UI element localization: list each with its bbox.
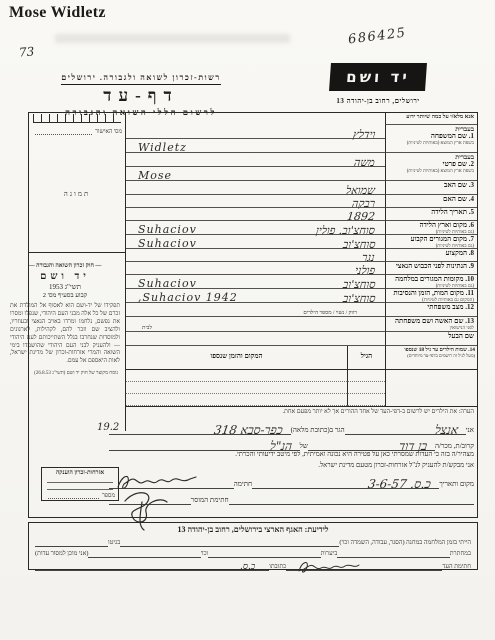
footer-heading: לידיעת: האגף הארצי בירושלים, רחוב בן-יהו… — [35, 525, 471, 536]
value-line: סוחצ'וב. פולין Suhaciov — [126, 221, 385, 235]
field-row-birthdate: 5. תאריך הלידה 1892 — [126, 208, 477, 221]
law-intro: — חוק זכרון השואה והגבורה — — [8, 263, 122, 269]
of-handwriting: הנ"ל — [269, 440, 293, 452]
table-cell — [347, 382, 385, 394]
war-residence-label: 10. מקומות המגורים במלחמה (גם באותיות לט… — [385, 275, 477, 289]
death-place-label: 11. מקום המות, הזמן והנסיבות (המקום גם ב… — [385, 289, 477, 303]
approval-number-row: מס' האישור — [29, 123, 125, 135]
blank-line — [35, 546, 108, 547]
citizenship-number-label: מספר — [102, 493, 115, 499]
deliverer-signature-row: חתימת המוסר — [109, 489, 474, 505]
declarant-address-blank: כפר-סבא 318 — [109, 434, 291, 435]
place-date-handwriting: כ.ס. 3-6-57 — [368, 478, 432, 490]
fields-area: אנא מלא/י על כמה שיותר ידוע בעברית 1. שם… — [126, 113, 477, 407]
stamp-address: ירושלים, רחוב בן-יהודה 13 — [310, 97, 446, 105]
profession-label: 8. המקצוע — [385, 249, 477, 262]
blank-cell — [126, 113, 385, 125]
address-label: הגר ב(כתובת מלאה) — [291, 427, 345, 435]
handwritten-number-right: 686425 — [347, 25, 407, 47]
field-label: 11. מקום המות, הזמן והנסיבות — [388, 290, 474, 298]
footer-witness-row: חתימת העד כתובתו כ.ס. — [35, 558, 471, 571]
value-line: לבית — [126, 317, 385, 332]
column-header-place: המקום והזמן שנספו — [126, 346, 347, 370]
surname-values: וידלץ Widletz — [126, 125, 385, 153]
value-line: רווק / נשוי / מספר הילדים — [126, 303, 385, 317]
table-cell — [126, 370, 347, 382]
value-line: סוחצ'וב Suhaciov — [126, 235, 385, 249]
table-cell — [126, 394, 347, 406]
value-line: Mose — [126, 167, 385, 181]
declarant-name-blank: אנצל — [345, 434, 466, 435]
law-name: יד ושם — [8, 271, 122, 282]
ruler-ticks — [33, 114, 121, 123]
field-row-residence: 7. מקום המגורים הקבוע (גם באותיות לטיניו… — [126, 235, 477, 249]
testify-label: (אני מוכן למסור עדות) — [35, 550, 88, 558]
value-line: פולני — [126, 262, 385, 275]
blank-line — [120, 546, 339, 547]
husband-name-label: שם הבעל — [385, 332, 477, 346]
firstname-label-block: בעברית 2. שם פרטי בשפת ארץ המוצא (באותיו… — [385, 153, 477, 181]
field-row-nationality: 9. הנתינות לפני הכבוש הנאצי פולני — [126, 262, 477, 275]
field-row-wife-name: 13. שם האשה ושם משפחתה לפני הנישואין לבי… — [126, 317, 477, 332]
field-firstname-label: 2. שם פרטי — [388, 161, 474, 169]
blank-line — [88, 557, 200, 558]
field-label: 4. שם האם — [388, 196, 474, 204]
wife-name-label: 13. שם האשה ושם משפחתה לפני הנישואין — [385, 317, 477, 332]
field-row-marital-status: 12. מצב משפחתי רווק / נשוי / מספר הילדים — [126, 303, 477, 317]
value-line: וידלץ — [126, 125, 385, 139]
footer-underground-row: במחתרת ביערות וכו' (אני מוכן למסור עדות) — [35, 547, 471, 558]
witness-signature — [296, 558, 362, 576]
fill-instruction: אנא מלא/י על כמה שיותר ידוע — [385, 113, 477, 125]
field-sublabel: (מעל לגיל זה רושמים בדפי-עד מיוחדים) — [388, 353, 475, 358]
instruction-row: אנא מלא/י על כמה שיותר ידוע — [126, 113, 477, 125]
table-cell — [385, 394, 477, 406]
field-label: שם הבעל — [388, 333, 474, 341]
residence-label: 7. מקום המגורים הקבוע (גם באותיות לטיניו… — [385, 235, 477, 249]
etc-label: וכו' — [201, 550, 208, 558]
marital-hint: רווק / נשוי / מספר הילדים — [303, 310, 357, 316]
field-row-father: 3. שם האב שמואל — [126, 181, 477, 195]
blank-line — [229, 504, 474, 505]
field-row-profession: 8. המקצוע נגר — [126, 249, 477, 262]
blank-line — [47, 483, 113, 490]
latin-sublabel: בשפת ארץ המוצא (באותיות לטיניות) — [388, 141, 474, 146]
field-label: 12. מצב משפחתי — [388, 304, 474, 312]
children-field-label: 14. שמות הילדים עד גיל 18 שנספו (מעל לגי… — [385, 346, 477, 370]
field-sublabel: לפני הנישואין — [388, 326, 474, 331]
declarant-row: אני אנצל הגר ב(כתובת מלאה) כפר-סבא 318 — [109, 419, 474, 435]
field-row-birthplace: 6. מקום וארץ הלידה (גם באותיות לטיניות) … — [126, 221, 477, 235]
field-label: 13. שם האשה ושם משפחתה — [388, 318, 474, 326]
ghetto-label: בגיטו — [108, 539, 120, 547]
declaration-section: אני אנצל הגר ב(כתובת מלאה) כפר-סבא 318 ק… — [109, 419, 474, 505]
witness-address-blank: כ.ס. — [35, 570, 269, 571]
mother-label: 4. שם האם — [385, 195, 477, 208]
stamp-text: יד ושם — [346, 68, 411, 86]
relative-label: קרוב/ת, מכר/ה — [435, 443, 474, 451]
blank-line — [47, 476, 113, 483]
table-cell — [126, 382, 347, 394]
page-title: Mose Widletz — [9, 4, 106, 22]
place-date-row: מקום ותאריך כ.ס. 3-6-57 חתימה — [109, 473, 474, 489]
children-note: הערה: את הילדים יש לרשום ב-דפי-העד של אח… — [93, 408, 474, 415]
war-line-label: הייתי בזמן המלחמה במחנה (הסגר, עבודה, הש… — [339, 539, 471, 547]
law-section: קבוע בסעיף מס' 2 — [8, 292, 122, 299]
relation-blank: בן דוד — [308, 450, 435, 451]
witness-address-label: כתובתו — [269, 563, 286, 571]
deliverer-signature-label: חתימת המוסר — [191, 497, 229, 505]
field-label: 8. המקצוע — [388, 250, 474, 258]
form-header: רשות-זכרון לשואה ולגבורה. ירושלים דף-עד … — [22, 67, 260, 117]
value-line — [126, 332, 385, 346]
column-header-age: הגיל — [347, 346, 385, 370]
law-year: תשי"ג 1953 — [8, 283, 122, 291]
blank-line — [35, 134, 92, 135]
birthplace-label: 6. מקום וארץ הלידה (גם באותיות לטיניות) — [385, 221, 477, 235]
forests-label: ביערות — [321, 550, 338, 558]
value-line: Widletz — [126, 139, 385, 153]
memorial-citizenship-box: אזרחות-זכרון הוענקה מספר — [41, 467, 119, 501]
declarant-name-handwriting: אנצל — [434, 424, 459, 436]
signature-label: חתימה — [234, 481, 252, 489]
witness-address-handwriting: כ.ס. — [240, 561, 255, 572]
scanned-testimony-page: Mose Widletz 73 686425 רשות-זכרון לשואה … — [0, 0, 495, 640]
field-row-death-place: 11. מקום המות, הזמן והנסיבות (המקום גם ב… — [126, 289, 477, 303]
place-date-label: מקום ותאריך — [439, 481, 474, 489]
of-blank: הנ"ל — [109, 450, 300, 451]
marital-status-label: 12. מצב משפחתי — [385, 303, 477, 317]
footer-war-row: הייתי בזמן המלחמה במחנה (הסגר, עבודה, הש… — [35, 536, 471, 547]
field-row-surname: בעברית 1. שם המשפחה בשפת ארץ המוצא (באות… — [126, 125, 477, 153]
citizenship-number-row: מספר — [45, 490, 115, 499]
value-line: סוחצ'וב Suhaciov 1942, — [126, 289, 385, 303]
field-label: 10. מקומות המגורים במלחמה — [388, 276, 474, 284]
nee-label: לבית — [142, 325, 152, 331]
field-row-war-residence: 10. מקומות המגורים במלחמה (גם באותיות לט… — [126, 275, 477, 289]
field-label: 9. הנתינות לפני הכבוש הנאצי — [388, 263, 474, 271]
latin-sublabel: בשפת ארץ המוצא (באותיות לטיניות) — [388, 169, 474, 174]
photo-placeholder: תמונה — [29, 135, 125, 253]
approval-number-label: מס' האישור — [95, 129, 122, 135]
field-label: 3. שם האב — [388, 182, 474, 190]
underground-label: במחתרת — [450, 550, 471, 558]
relation-row: קרוב/ת, מכר/ה בן דוד של הנ"ל — [109, 435, 474, 451]
surname-label-block: בעברית 1. שם המשפחה בשפת ארץ המוצא (באות… — [385, 125, 477, 153]
witness-signature-label: חתימת העד — [442, 563, 471, 571]
law-extract: — חוק זכרון השואה והגבורה — יד ושם תשי"ג… — [8, 263, 122, 376]
field-row-husband-name: שם הבעל — [126, 332, 477, 346]
table-cell — [385, 370, 477, 382]
birthdate-label: 5. תאריך הלידה — [385, 208, 477, 221]
table-cell — [347, 394, 385, 406]
handwritten-number-left: 73 — [18, 44, 34, 59]
value-line: 1892 — [126, 208, 385, 221]
law-footnote: נוסח מקוצר של חוק יד ושם (תשי"ג 26.8.53) — [8, 371, 122, 376]
law-text: תפקידו של יד-ושם הוא לאסוף אל המולדת את … — [8, 303, 122, 366]
value-line: שמואל — [126, 181, 385, 195]
deliverer-signature-blank — [109, 504, 191, 505]
photo-label: תמונה — [64, 190, 91, 198]
value-line: רבקה — [126, 195, 385, 208]
field-row-mother: 4. שם האם רבקה — [126, 195, 477, 208]
field-label: 7. מקום המגורים הקבוע — [388, 236, 474, 244]
form-body: מס' האישור תמונה — חוק זכרון השואה והגבו… — [28, 112, 478, 518]
org-name: רשות-זכרון לשואה ולגבורה. ירושלים — [61, 73, 220, 85]
nationality-label: 9. הנתינות לפני הכבוש הנאצי — [385, 262, 477, 275]
scan-smudge — [55, 34, 290, 43]
value-line: נגר — [126, 249, 385, 262]
declarant-address-handwriting: כפר-סבא 318 — [213, 424, 283, 436]
field-label: 6. מקום וארץ הלידה — [388, 222, 474, 230]
i-label: אני — [466, 427, 474, 435]
relation-handwriting: בן דוד — [398, 440, 428, 452]
children-table: 14. שמות הילדים עד גיל 18 שנספו (מעל לגי… — [126, 346, 477, 407]
table-cell — [347, 370, 385, 382]
place-date-blank: כ.ס. 3-6-57 — [252, 488, 439, 489]
form-title: דף-עד — [22, 86, 260, 106]
father-label: 3. שם האב — [385, 181, 477, 195]
footer-box: לידיעת: האגף הארצי בירושלים, רחוב בן-יהו… — [28, 522, 478, 570]
table-cell — [385, 382, 477, 394]
value-line: משה — [126, 153, 385, 167]
field-row-firstname: בעברית 2. שם פרטי בשפת ארץ המוצא (באותיו… — [126, 153, 477, 181]
of-label: של — [300, 443, 308, 451]
blank-line — [48, 498, 99, 499]
value-line: סוחצ'וב Suhaciov — [126, 275, 385, 289]
field-label: 5. תאריך הלידה — [388, 209, 474, 217]
witness-signature-blank — [286, 570, 442, 571]
firstname-values: משה Mose — [126, 153, 385, 181]
field-surname-label: 1. שם המשפחה — [388, 133, 474, 141]
yad-vashem-stamp: יד ושם — [329, 63, 427, 91]
